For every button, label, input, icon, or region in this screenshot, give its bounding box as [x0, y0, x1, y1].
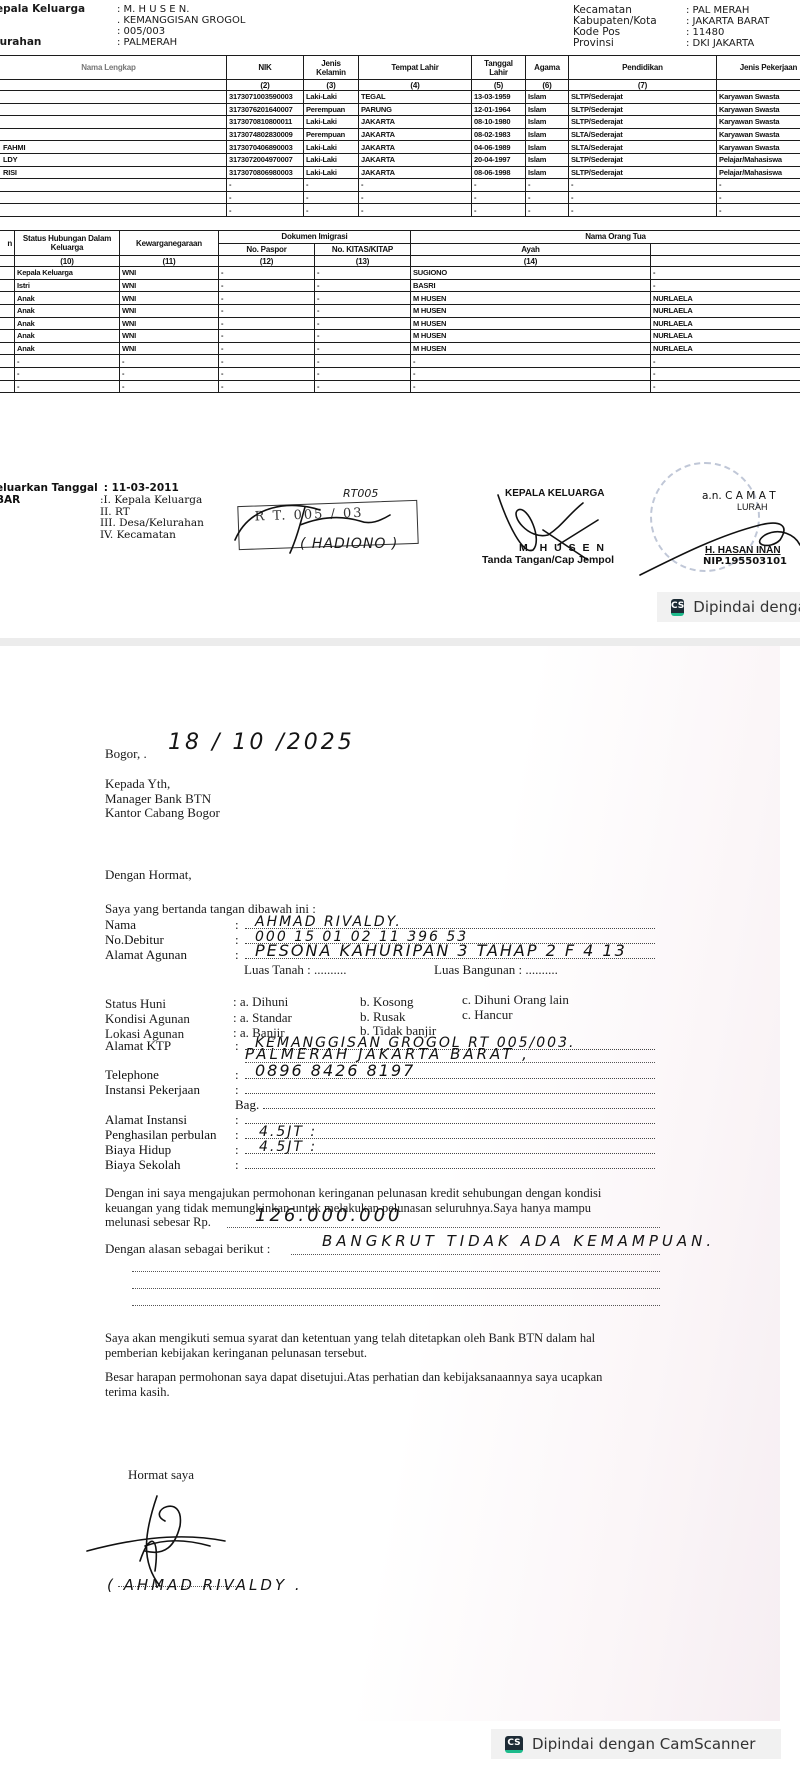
telephone-value: 0896 8426 8197	[255, 1061, 415, 1080]
table-cell: -	[315, 355, 411, 368]
table-cell	[0, 342, 15, 355]
sub-district-head-title: a.n. C A M A T	[702, 490, 776, 502]
recipient-line: Kepada Yth,	[105, 777, 220, 792]
column-header-kitas: No. KITAS/KITAP	[315, 243, 411, 256]
table-cell: Karyawan Swasta	[717, 128, 800, 141]
header-value: : M. H U S E N.	[117, 4, 189, 15]
table-cell	[0, 304, 15, 317]
field-label: Biaya Sekolah	[105, 1157, 235, 1173]
table-cell: Karyawan Swasta	[717, 116, 800, 129]
table-cell: 20-04-1997	[472, 153, 526, 166]
table-cell: Anak	[15, 304, 120, 317]
table-cell: -	[526, 179, 569, 192]
issued-date: : 11-03-2011	[104, 482, 179, 494]
collateral-condition-label: Kondisi Agunan	[105, 1012, 190, 1027]
table-cell: Karyawan Swasta	[717, 103, 800, 116]
column-header: Pendidikan	[569, 56, 717, 80]
table-cell	[0, 292, 15, 305]
table-cell	[0, 380, 15, 393]
field-label: Alamat Agunan	[105, 947, 235, 963]
table-cell: WNI	[120, 292, 219, 305]
table-cell: Islam	[526, 166, 569, 179]
table-cell: -	[411, 380, 651, 393]
table-cell: Laki-Laki	[304, 141, 359, 154]
field-label: Instansi Pekerjaan	[105, 1082, 235, 1098]
table-row: AnakWNI--M HUSENNURLAELA	[0, 292, 800, 305]
table-cell: -	[304, 191, 359, 204]
column-number: (10)	[15, 256, 120, 267]
table-cell: WNI	[120, 330, 219, 343]
table-cell: -	[315, 267, 411, 280]
field-employer[interactable]: Instansi Pekerjaan:	[105, 1082, 655, 1096]
table-row: FAHMI3173070406890003Laki-LakiJAKARTA04-…	[0, 141, 800, 154]
header-label: Provinsi	[573, 38, 686, 49]
field-employer-address[interactable]: Alamat Instansi:	[105, 1112, 655, 1126]
header-label: epala Keluarga	[0, 4, 117, 15]
table-cell: Laki-Laki	[304, 153, 359, 166]
copy-item: :I. Kepala Keluarga	[100, 494, 204, 506]
table-row: AnakWNI--M HUSENNURLAELA	[0, 304, 800, 317]
table-cell	[0, 330, 15, 343]
table-cell: Anak	[15, 292, 120, 305]
copy-item: IV. Kecamatan	[100, 529, 204, 541]
table-cell: -	[526, 204, 569, 217]
family-card-header-right: Kecamatan: PAL MERAH Kabupaten/Kota: JAK…	[573, 5, 769, 49]
table-cell: SLTP/Sederajat	[569, 153, 717, 166]
watermark-text: Dipindai dengan CamScanner	[693, 598, 800, 616]
family-members-table: Nama LengkapNIKJenis KelaminTempat Lahir…	[0, 55, 800, 217]
table-cell: -	[651, 279, 800, 292]
name-value: AHMAD RIVALDY.	[255, 914, 402, 930]
table-row: -------	[0, 179, 800, 192]
table-cell: -	[219, 292, 315, 305]
table-cell: 3173070810800011	[227, 116, 304, 129]
table-cell: -	[472, 191, 526, 204]
table-cell: -	[569, 191, 717, 204]
table-cell: 3173074802830009	[227, 128, 304, 141]
column-number: (3)	[304, 80, 359, 91]
family-card-page: epala Keluarga: M. H U S E N. . KEMANGGI…	[0, 0, 800, 628]
table-cell	[0, 317, 15, 330]
table-cell: 3173076201640007	[227, 103, 304, 116]
column-header-status: Status Hubungan Dalam Keluarga	[15, 231, 120, 256]
table-cell: SLTP/Sederajat	[569, 166, 717, 179]
table-row: AnakWNI--M HUSENNURLAELA	[0, 342, 800, 355]
table-cell: Islam	[526, 91, 569, 104]
camscanner-logo-icon: CS	[671, 599, 684, 616]
copy-distribution-list: :I. Kepala Keluarga II. RT III. Desa/Kel…	[100, 494, 204, 540]
table-cell: -	[651, 367, 800, 380]
occupancy-option-b[interactable]: b. Kosong	[360, 995, 413, 1010]
field-label: Telephone	[105, 1067, 235, 1083]
column-number: (2)	[227, 80, 304, 91]
table-cell	[0, 128, 227, 141]
field-label: Bag.	[235, 1097, 263, 1113]
column-header: Nama Lengkap	[0, 56, 227, 80]
table-cell: JAKARTA	[359, 153, 472, 166]
table-row: 3173071003590003Laki-LakiTEGAL13-03-1959…	[0, 91, 800, 104]
table-cell: NURLAELA	[651, 292, 800, 305]
reason-line[interactable]	[291, 1254, 660, 1255]
table-cell: -	[359, 179, 472, 192]
table-cell	[0, 204, 227, 217]
table-cell: 3173070806980003	[227, 166, 304, 179]
field-label: Alamat Instansi	[105, 1112, 235, 1128]
table-row: ------	[0, 367, 800, 380]
field-label: Biaya Hidup	[105, 1142, 235, 1158]
official-nip: NIP.195503101	[703, 556, 787, 567]
table-cell: JAKARTA	[359, 128, 472, 141]
field-department[interactable]: Bag.	[235, 1097, 655, 1111]
column-number: (13)	[315, 256, 411, 267]
field-label: Alamat KTP	[105, 1038, 235, 1054]
ktp-address-value-2: PALMERAH JAKARTA BARAT ,	[245, 1047, 530, 1062]
table-cell: -	[15, 367, 120, 380]
table-cell: -	[219, 355, 315, 368]
table-cell: 12-01-1964	[472, 103, 526, 116]
column-header-immigration: Dokumen Imigrasi	[219, 231, 411, 244]
table-cell: WNI	[120, 342, 219, 355]
table-cell: -	[227, 179, 304, 192]
column-number: (5)	[472, 80, 526, 91]
table-cell: -	[315, 342, 411, 355]
table-cell: Islam	[526, 141, 569, 154]
table-cell	[0, 367, 15, 380]
table-cell: SLTA/Sederajat	[569, 128, 717, 141]
condition-option-c[interactable]: c. Hancur	[462, 1008, 513, 1023]
table-cell: -	[315, 367, 411, 380]
table-cell: -	[304, 204, 359, 217]
letter-page: Bogor, . 18 / 10 /2025 Kepada Yth, Manag…	[0, 646, 800, 1777]
table-cell: -	[219, 267, 315, 280]
table-cell: -	[120, 355, 219, 368]
condition-option-a[interactable]: : a. Standar	[233, 1011, 292, 1026]
land-area: Luas Tanah : ..........	[244, 963, 346, 978]
table-cell	[0, 191, 227, 204]
table-row: RISI3173070806980003Laki-LakiJAKARTA08-0…	[0, 166, 800, 179]
column-number	[0, 80, 227, 91]
table-cell: WNI	[120, 279, 219, 292]
table-cell: Pelajar/Mahasiswa	[717, 153, 800, 166]
column-header-father: Ayah	[411, 243, 651, 256]
table-cell: M HUSEN	[411, 342, 651, 355]
header-value: . KEMANGGISAN GROGOL	[117, 15, 245, 26]
field-label: Penghasilan perbulan	[105, 1127, 235, 1143]
table-cell: -	[227, 204, 304, 217]
table-cell: -	[411, 355, 651, 368]
table-row: IstriWNI--BASRI-	[0, 279, 800, 292]
reason-line-3[interactable]	[132, 1288, 660, 1289]
monthly-income-value: 4.5JT :	[259, 1124, 317, 1140]
table-cell: M HUSEN	[411, 304, 651, 317]
table-cell: 04-06-1989	[472, 141, 526, 154]
table-cell: -	[219, 304, 315, 317]
family-status-table: n Status Hubungan Dalam Keluarga Kewarga…	[0, 230, 800, 393]
building-area: Luas Bangunan : ..........	[434, 963, 558, 978]
table-row: LDY3173072004970007Laki-LakiJAKARTA20-04…	[0, 153, 800, 166]
table-cell: SLTA/Sederajat	[569, 141, 717, 154]
table-cell: -	[411, 367, 651, 380]
official-name: H. HASAN INAN	[705, 545, 781, 556]
field-monthly-income[interactable]: Penghasilan perbulan: 4.5JT :	[105, 1127, 655, 1141]
table-cell: NURLAELA	[651, 330, 800, 343]
page-divider	[0, 638, 800, 646]
table-cell: -	[315, 380, 411, 393]
occupancy-option-a[interactable]: : a. Dihuni	[233, 995, 288, 1010]
table-cell: Islam	[526, 153, 569, 166]
table-cell: Islam	[526, 128, 569, 141]
table-cell: 13-03-1959	[472, 91, 526, 104]
greeting: Dengan Hormat,	[105, 868, 192, 883]
table-cell: -	[219, 330, 315, 343]
table-cell: Perempuan	[304, 128, 359, 141]
table-cell: 08-02-1983	[472, 128, 526, 141]
table-cell	[0, 279, 15, 292]
header-value: : PALMERAH	[117, 37, 177, 48]
table-cell: SLTP/Sederajat	[569, 91, 717, 104]
field-label: Nama	[105, 917, 235, 933]
reason-label: Dengan alasan sebagai berikut :	[105, 1242, 270, 1257]
reason-line-2[interactable]	[132, 1271, 660, 1272]
table-cell: Karyawan Swasta	[717, 91, 800, 104]
column-header: Tempat Lahir	[359, 56, 472, 80]
column-number: (7)	[569, 80, 717, 91]
table-cell	[0, 116, 227, 129]
header-label	[0, 15, 117, 26]
amount-line[interactable]	[227, 1227, 660, 1228]
table-cell: -	[651, 380, 800, 393]
table-cell: 08-10-1980	[472, 116, 526, 129]
reason-value: BANGKRUT TIDAK ADA KEMAMPUAN.	[322, 1234, 715, 1249]
table-cell: M HUSEN	[411, 330, 651, 343]
column-number: (11)	[120, 256, 219, 267]
table-row: 3173074802830009PerempuanJAKARTA08-02-19…	[0, 128, 800, 141]
column-header: n	[0, 231, 15, 256]
table-cell: SUGIONO	[411, 267, 651, 280]
table-cell: Perempuan	[304, 103, 359, 116]
table-cell: Laki-Laki	[304, 116, 359, 129]
table-cell	[0, 267, 15, 280]
table-cell: WNI	[120, 304, 219, 317]
camscanner-watermark: CS Dipindai dengan CamScanner	[657, 592, 800, 622]
table-cell: SLTP/Sederajat	[569, 116, 717, 129]
camscanner-watermark: CS Dipindai dengan CamScanner	[491, 1729, 781, 1759]
table-cell: Anak	[15, 342, 120, 355]
table-cell: Istri	[15, 279, 120, 292]
table-cell: -	[315, 317, 411, 330]
table-cell: M HUSEN	[411, 317, 651, 330]
table-cell: -	[569, 179, 717, 192]
header-value: : 11480	[686, 27, 724, 38]
table-cell: WNI	[120, 317, 219, 330]
terms-paragraph: Saya akan mengikuti semua syarat dan ket…	[105, 1331, 595, 1360]
table-row: Kepala KeluargaWNI--SUGIONO-	[0, 267, 800, 280]
table-cell: TEGAL	[359, 91, 472, 104]
table-cell: M HUSEN	[411, 292, 651, 305]
column-header: NIK	[227, 56, 304, 80]
table-row: -------	[0, 191, 800, 204]
table-cell: Pelajar/Mahasiswa	[717, 166, 800, 179]
table-cell: FAHMI	[0, 141, 227, 154]
table-cell: PARUNG	[359, 103, 472, 116]
table-row: ------	[0, 355, 800, 368]
field-collateral-address[interactable]: Alamat Agunan: PESONA KAHURIPAN 3 TAHAP …	[105, 947, 655, 961]
column-number: (6)	[526, 80, 569, 91]
table-cell: -	[717, 179, 800, 192]
table-cell: -	[15, 355, 120, 368]
table-cell: -	[219, 380, 315, 393]
column-header: Tanggal Lahir	[472, 56, 526, 80]
table-row: 3173076201640007PerempuanPARUNG12-01-196…	[0, 103, 800, 116]
recipient-line: Manager Bank BTN	[105, 792, 220, 807]
reason-line-4[interactable]	[132, 1305, 660, 1306]
column-number: (14)	[411, 256, 651, 267]
table-cell	[0, 103, 227, 116]
table-cell: Anak	[15, 330, 120, 343]
column-number: (12)	[219, 256, 315, 267]
table-cell: -	[219, 317, 315, 330]
table-cell	[0, 355, 15, 368]
issued-date-line: eluarkan Tanggal: 11-03-2011	[0, 482, 179, 494]
copy-item: II. RT	[100, 506, 204, 518]
table-cell: -	[315, 292, 411, 305]
closing-line: terima kasih.	[105, 1385, 602, 1400]
closing-line: Besar harapan permohonan saya dapat dise…	[105, 1370, 602, 1385]
request-line: Dengan ini saya mengajukan permohonan ke…	[105, 1186, 601, 1201]
watermark-text: Dipindai dengan CamScanner	[532, 1735, 755, 1753]
table-cell: Anak	[15, 317, 120, 330]
table-cell: RISI	[0, 166, 227, 179]
column-number	[717, 80, 800, 91]
living-cost-value: 4.5JT :	[259, 1139, 317, 1155]
column-number: (4)	[359, 80, 472, 91]
field-school-cost[interactable]: Biaya Sekolah:	[105, 1157, 655, 1171]
table-cell: 08-06-1998	[472, 166, 526, 179]
terms-line: pemberian kebijakan keringanan pelunasan…	[105, 1346, 595, 1361]
table-cell: Laki-Laki	[304, 91, 359, 104]
table-row: -------	[0, 204, 800, 217]
table-cell: -	[526, 191, 569, 204]
field-telephone[interactable]: Telephone: 0896 8426 8197	[105, 1067, 655, 1081]
table-row: 3173070810800011Laki-LakiJAKARTA08-10-19…	[0, 116, 800, 129]
table-cell: Laki-Laki	[304, 166, 359, 179]
field-label: No.Debitur	[105, 932, 235, 948]
table-cell: -	[219, 279, 315, 292]
table-cell: 3173070406890003	[227, 141, 304, 154]
table-cell: -	[717, 204, 800, 217]
table-cell: Kepala Keluarga	[15, 267, 120, 280]
issued-label: eluarkan Tanggal	[0, 482, 98, 494]
table-row: AnakWNI--M HUSENNURLAELA	[0, 330, 800, 343]
table-cell: BASRI	[411, 279, 651, 292]
rt-signature-icon	[230, 495, 410, 555]
table-cell: NURLAELA	[651, 304, 800, 317]
table-cell: -	[359, 204, 472, 217]
letter-date: 18 / 10 /2025	[168, 736, 355, 751]
column-header: Jenis Kelamin	[304, 56, 359, 80]
table-cell: JAKARTA	[359, 116, 472, 129]
table-cell: -	[219, 367, 315, 380]
table-cell: -	[569, 204, 717, 217]
settlement-amount: 126.000.000	[255, 1209, 403, 1224]
table-cell: 3173072004970007	[227, 153, 304, 166]
table-cell: -	[315, 330, 411, 343]
table-cell: -	[472, 179, 526, 192]
family-head-name: M. H U S E N	[519, 542, 606, 554]
table-cell: SLTP/Sederajat	[569, 103, 717, 116]
column-header-passport: No. Paspor	[219, 243, 315, 256]
column-number	[0, 256, 15, 267]
table-cell: NURLAELA	[651, 342, 800, 355]
table-row: ------	[0, 380, 800, 393]
table-cell: -	[651, 355, 800, 368]
table-cell	[0, 179, 227, 192]
table-cell: JAKARTA	[359, 141, 472, 154]
table-cell: -	[651, 267, 800, 280]
recipient-block: Kepada Yth, Manager Bank BTN Kantor Caba…	[105, 777, 220, 821]
signoff: Hormat saya	[128, 1468, 194, 1483]
column-header-citizenship: Kewarganegaraan	[120, 231, 219, 256]
issued-city: BAR	[0, 494, 20, 506]
column-header-parents: Nama Orang Tua	[411, 231, 800, 244]
table-cell: -	[359, 191, 472, 204]
table-cell: WNI	[120, 267, 219, 280]
signature-caption: Tanda Tangan/Cap Jempol	[482, 554, 614, 566]
header-value: : JAKARTA BARAT	[686, 16, 769, 27]
table-cell: -	[15, 380, 120, 393]
table-cell: Karyawan Swasta	[717, 141, 800, 154]
table-cell: Islam	[526, 103, 569, 116]
collateral-address-value: PESONA KAHURIPAN 3 TAHAP 2 F 4 13	[255, 941, 627, 960]
table-cell: -	[717, 191, 800, 204]
letter-place: Bogor, .	[105, 747, 147, 762]
table-cell: -	[315, 279, 411, 292]
family-card-header-left: epala Keluarga: M. H U S E N. . KEMANGGI…	[0, 4, 245, 48]
table-cell: NURLAELA	[651, 317, 800, 330]
header-label: lurahan	[0, 37, 117, 48]
table-cell: JAKARTA	[359, 166, 472, 179]
table-cell: -	[219, 342, 315, 355]
column-number: (15)	[651, 256, 800, 267]
applicant-name: ( AHMAD RIVALDY .	[107, 1578, 303, 1593]
terms-line: Saya akan mengikuti semua syarat dan ket…	[105, 1331, 595, 1346]
table-cell: -	[120, 367, 219, 380]
table-cell: -	[315, 304, 411, 317]
closing-paragraph: Besar harapan permohonan saya dapat dise…	[105, 1370, 602, 1399]
header-value: : PAL MERAH	[686, 5, 749, 16]
field-living-cost[interactable]: Biaya Hidup: 4.5JT :	[105, 1142, 655, 1156]
table-cell: LDY	[0, 153, 227, 166]
header-value: : 005/003	[117, 26, 165, 37]
table-cell	[0, 91, 227, 104]
table-cell: -	[120, 380, 219, 393]
occupancy-option-c[interactable]: c. Dihuni Orang lain	[462, 993, 569, 1008]
table-cell: -	[472, 204, 526, 217]
table-cell: Islam	[526, 116, 569, 129]
table-row: AnakWNI--M HUSENNURLAELA	[0, 317, 800, 330]
table-cell: -	[227, 191, 304, 204]
table-cell: 3173071003590003	[227, 91, 304, 104]
table-cell: -	[304, 179, 359, 192]
header-value: : DKI JAKARTA	[686, 38, 754, 49]
column-header: Jenis Pekerjaan	[717, 56, 800, 80]
copy-item: III. Desa/Kelurahan	[100, 517, 204, 529]
column-header-mother: Ibu	[651, 243, 800, 256]
camscanner-logo-icon: CS	[505, 1736, 523, 1753]
column-header: Agama	[526, 56, 569, 80]
occupancy-status-label: Status Huni	[105, 997, 166, 1012]
recipient-line: Kantor Cabang Bogor	[105, 806, 220, 821]
